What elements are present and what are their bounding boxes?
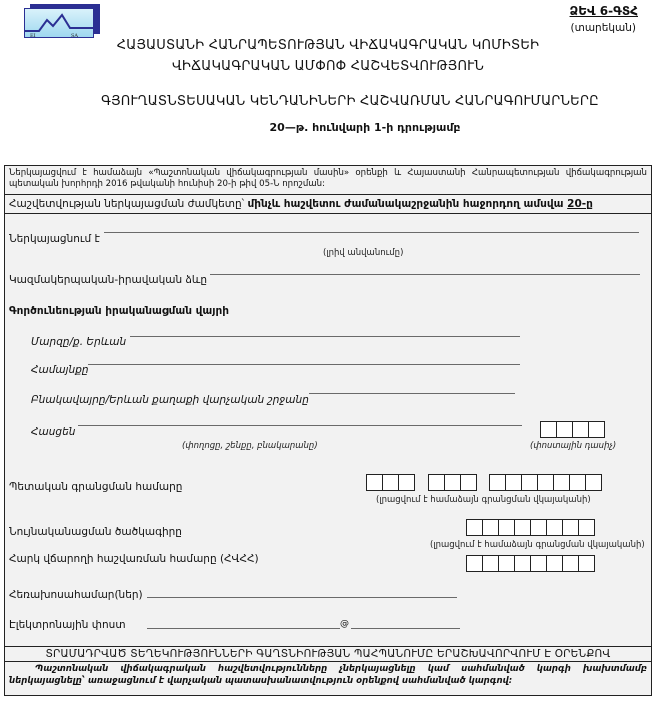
state-registration-label: Պետական գրանցման համարը (9, 481, 182, 493)
identification-code-cell[interactable] (546, 519, 563, 536)
identification-code-input[interactable] (466, 519, 595, 536)
postal-code-input[interactable] (540, 421, 605, 438)
identification-code-cell[interactable] (578, 519, 595, 536)
tin-cell[interactable] (466, 555, 483, 572)
identification-code-cell[interactable] (466, 519, 483, 536)
page-title: ԳՅՈՒՂԱՏՆՏԵՍԱԿԱՆ ԿԵՆԴԱՆԻՆԵՐԻ ՀԱՇՎԱՌՄԱՆ ՀԱ… (0, 94, 656, 109)
email-at-sign: @ (340, 619, 349, 629)
postal-code-cell[interactable] (588, 421, 605, 438)
email-domain-field[interactable] (351, 628, 460, 629)
state-registration-cell[interactable] (553, 474, 570, 491)
header-organization: ՀԱՅԱՍՏԱՆԻ ՀԱՆՐԱՊԵՏՈՒԹՅԱՆ ՎԻՃԱԿԱԳՐԱԿԱՆ ԿՈ… (0, 38, 656, 53)
identification-code-cell[interactable] (562, 519, 579, 536)
confidentiality-notice: ՏՐԱՄԱԴՐՎԱԾ ՏԵՂԵԿՈՒԹՅՈՒՆՆԵՐԻ ԳԱՂՏՆԻՈՒԹՅԱՆ… (4, 646, 652, 662)
postal-code-cell[interactable] (556, 421, 573, 438)
header-report-type: ՎԻՃԱԿԱԳՐԱԿԱՆ ԱՄՓՈՓ ՀԱՇՎԵՏՎՈՒԹՅՈՒՆ (0, 59, 656, 74)
region-label: Մարզը/ք. Երևան (31, 336, 126, 348)
tin-cell[interactable] (498, 555, 515, 572)
state-registration-cell[interactable] (398, 474, 415, 491)
address-field[interactable] (78, 425, 522, 426)
state-registration-group-3[interactable] (489, 474, 602, 491)
activity-place-heading: Գործունեության իրականացման վայրի (9, 305, 229, 317)
identification-code-cell[interactable] (530, 519, 547, 536)
state-registration-group-2[interactable] (428, 474, 477, 491)
state-registration-cell[interactable] (489, 474, 506, 491)
address-label: Հասցեն (31, 426, 75, 438)
state-registration-cell[interactable] (460, 474, 477, 491)
deadline-label: Հաշվետվության ներկայացման ժամկետը՝ (9, 198, 247, 210)
state-registration-cell[interactable] (537, 474, 554, 491)
identification-code-cell[interactable] (482, 519, 499, 536)
address-hint: (փողոցը, շենքը, բնակարանը) (182, 441, 318, 451)
identification-code-cell[interactable] (514, 519, 531, 536)
tin-cell[interactable] (546, 555, 563, 572)
phone-label: Հեռախոսահամար(ներ) (9, 589, 143, 601)
email-user-field[interactable] (147, 628, 340, 629)
tin-cell[interactable] (578, 555, 595, 572)
tin-cell[interactable] (514, 555, 531, 572)
postal-code-cell[interactable] (540, 421, 557, 438)
tin-input[interactable] (466, 555, 595, 572)
identification-code-hint: (լրացվում է համաձայն գրանցման վկայականի) (430, 540, 645, 550)
identification-code-cell[interactable] (498, 519, 515, 536)
legal-form-field[interactable] (210, 274, 640, 275)
presenter-field[interactable] (104, 232, 639, 233)
state-registration-hint: (լրացվում է համաձայն գրանցման վկայականի) (376, 495, 591, 505)
state-registration-group-1[interactable] (366, 474, 415, 491)
identification-code-label: Նույնականացման ծածկագիրը (9, 526, 182, 538)
tin-label: Հարկ վճարողի հաշվառման համարը (ՀՎՀՀ) (9, 553, 259, 565)
state-registration-cell[interactable] (585, 474, 602, 491)
statistics-committee-logo: EI SA (24, 4, 100, 38)
logo-front-panel: EI SA (24, 8, 94, 38)
region-field[interactable] (130, 336, 520, 337)
presenter-hint: (լրիվ անվանումը) (323, 248, 403, 258)
tin-cell[interactable] (530, 555, 547, 572)
tin-cell[interactable] (562, 555, 579, 572)
submission-deadline: Հաշվետվության ներկայացման ժամկետը՝ մինչև… (4, 194, 652, 214)
state-registration-cell[interactable] (382, 474, 399, 491)
state-registration-cell[interactable] (505, 474, 522, 491)
postal-code-cell[interactable] (572, 421, 589, 438)
state-registration-cell[interactable] (366, 474, 383, 491)
email-label: Էլեկտրոնային փոստ (9, 619, 126, 631)
presenter-label: Ներկայացնում է (9, 233, 100, 245)
state-registration-cell[interactable] (428, 474, 445, 491)
community-field[interactable] (88, 364, 520, 365)
legal-basis-note: Ներկայացվում է համաձայն «Պաշտոնական վիճա… (4, 165, 652, 195)
report-date: 20—թ. հունվարի 1-ի դրությամբ (0, 121, 656, 134)
postal-code-hint: (փոստային դասիչ) (530, 441, 616, 451)
phone-field[interactable] (147, 597, 457, 598)
settlement-field[interactable] (309, 393, 515, 394)
settlement-label: Բնակավայրը/Երևան քաղաքի վարչական շրջանը (31, 394, 309, 406)
liability-warning: Պաշտոնական վիճակագրական հաշվետվություննե… (4, 661, 652, 696)
community-label: Համայնքը (31, 364, 89, 376)
legal-form-label: Կազմակերպական-իրավական ձևը (9, 274, 207, 286)
state-registration-cell[interactable] (521, 474, 538, 491)
state-registration-cell[interactable] (569, 474, 586, 491)
form-code: ՁԵՎ 6-ԳՏՀ (570, 4, 638, 18)
deadline-value: մինչև հաշվետու ժամանակաշրջանին հաջորդող … (247, 198, 592, 210)
tin-cell[interactable] (482, 555, 499, 572)
form-period: (տարեկան) (571, 22, 637, 34)
state-registration-cell[interactable] (444, 474, 461, 491)
